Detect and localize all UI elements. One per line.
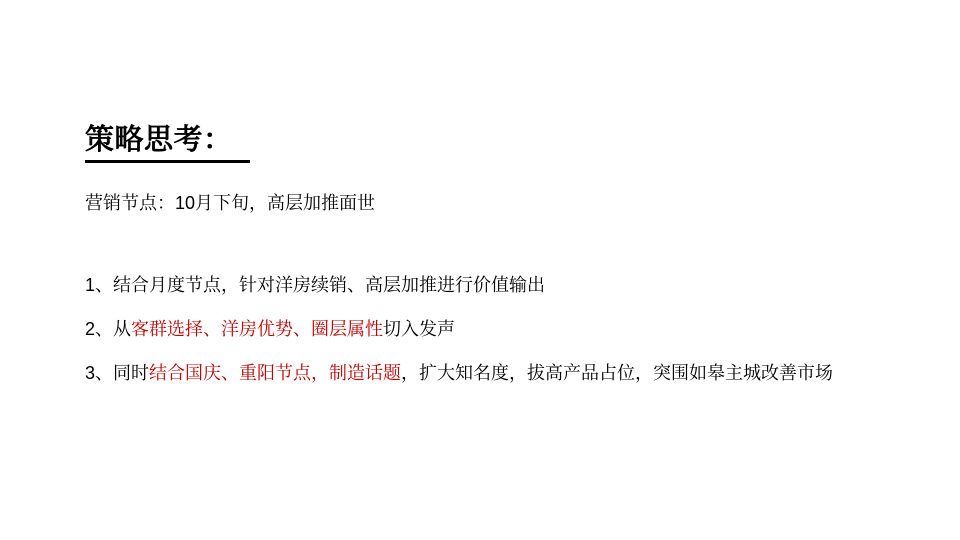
page-title-text: 策略思考： [85, 124, 250, 163]
text-segment: 3、同时 [85, 363, 149, 383]
bullet-item-1: 1、结合月度节点，针对洋房续销、高层加推进行价值输出 [85, 276, 833, 295]
bullet-item-3: 3、同时结合国庆、重阳节点，制造话题，扩大知名度，拔高产品占位，突围如皋主城改善… [85, 364, 833, 383]
text-segment: 1、结合月度节点，针对洋房续销、高层加推进行价值输出 [85, 275, 545, 295]
presentation-slide: 策略思考： 营销节点：10月下旬，高层加推面世 1、结合月度节点，针对洋房续销、… [0, 0, 960, 540]
text-segment: ，扩大知名度，拔高产品占位，突围如皋主城改善市场 [401, 363, 833, 383]
page-title: 策略思考： [85, 124, 250, 163]
marketing-node-subtitle: 营销节点：10月下旬，高层加推面世 [85, 193, 375, 213]
bullet-item-2: 2、从客群选择、洋房优势、圈层属性切入发声 [85, 320, 833, 339]
emphasis-text-segment: 客群选择、洋房优势、圈层属性 [131, 319, 383, 339]
text-segment: 切入发声 [383, 319, 455, 339]
emphasis-text-segment: 结合国庆、重阳节点，制造话题 [149, 363, 401, 383]
text-segment: 2、从 [85, 319, 131, 339]
bullet-list: 1、结合月度节点，针对洋房续销、高层加推进行价值输出2、从客群选择、洋房优势、圈… [85, 276, 833, 408]
